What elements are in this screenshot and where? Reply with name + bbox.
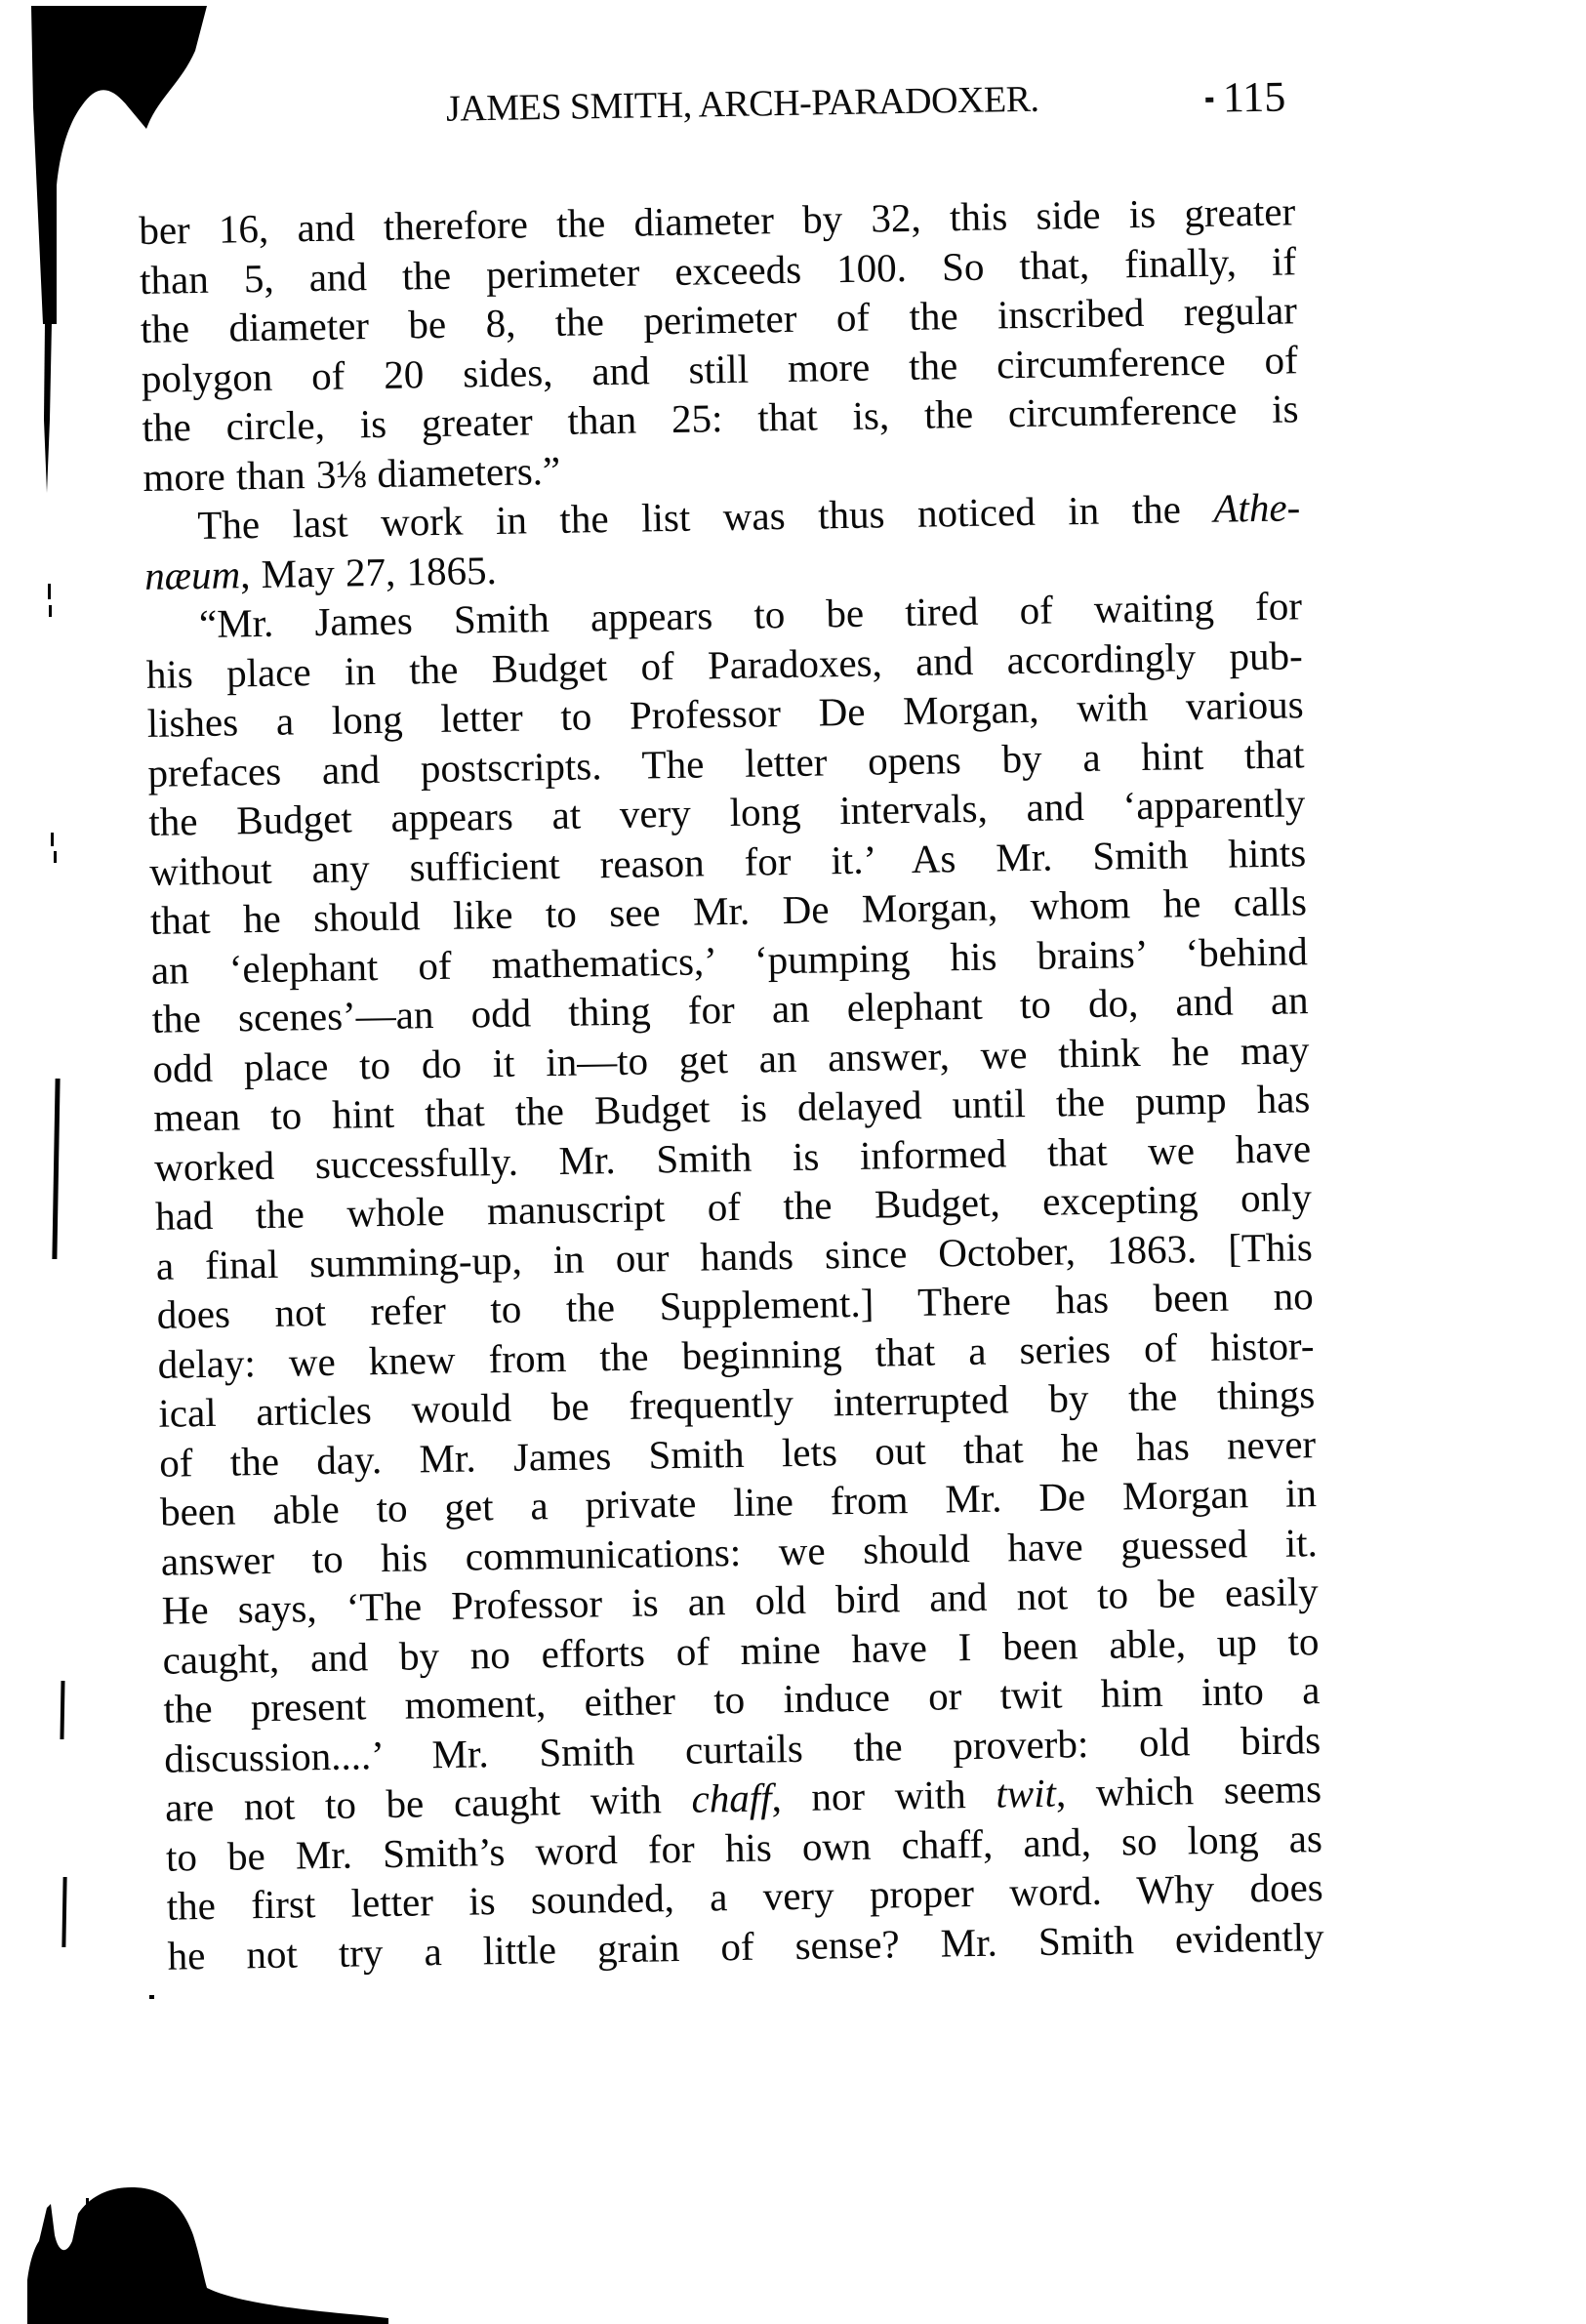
page-number-value: 115 <box>1222 72 1285 121</box>
scan-mark <box>51 833 54 846</box>
running-title: JAMES SMITH, ARCH-PARADOXER. <box>164 73 1322 136</box>
page-number: 115 <box>1204 71 1285 122</box>
scan-mark <box>49 605 52 617</box>
scan-mark <box>52 1079 60 1259</box>
page-content: JAMES SMITH, ARCH-PARADOXER. 115 ber 16,… <box>137 73 1324 1979</box>
page-header: JAMES SMITH, ARCH-PARADOXER. 115 <box>137 73 1294 143</box>
scan-mark <box>60 1681 64 1739</box>
page-text: ber 16, and therefore the diameter by 32… <box>139 186 1324 1979</box>
scanned-book-page: JAMES SMITH, ARCH-PARADOXER. 115 ber 16,… <box>0 0 1586 2324</box>
scan-dot <box>1205 98 1213 102</box>
ink-blob-bottom-left <box>0 2167 410 2324</box>
scan-mark <box>149 1995 154 1999</box>
scan-mark <box>61 1877 66 1947</box>
scan-mark <box>48 584 51 599</box>
scan-mark <box>54 851 57 863</box>
